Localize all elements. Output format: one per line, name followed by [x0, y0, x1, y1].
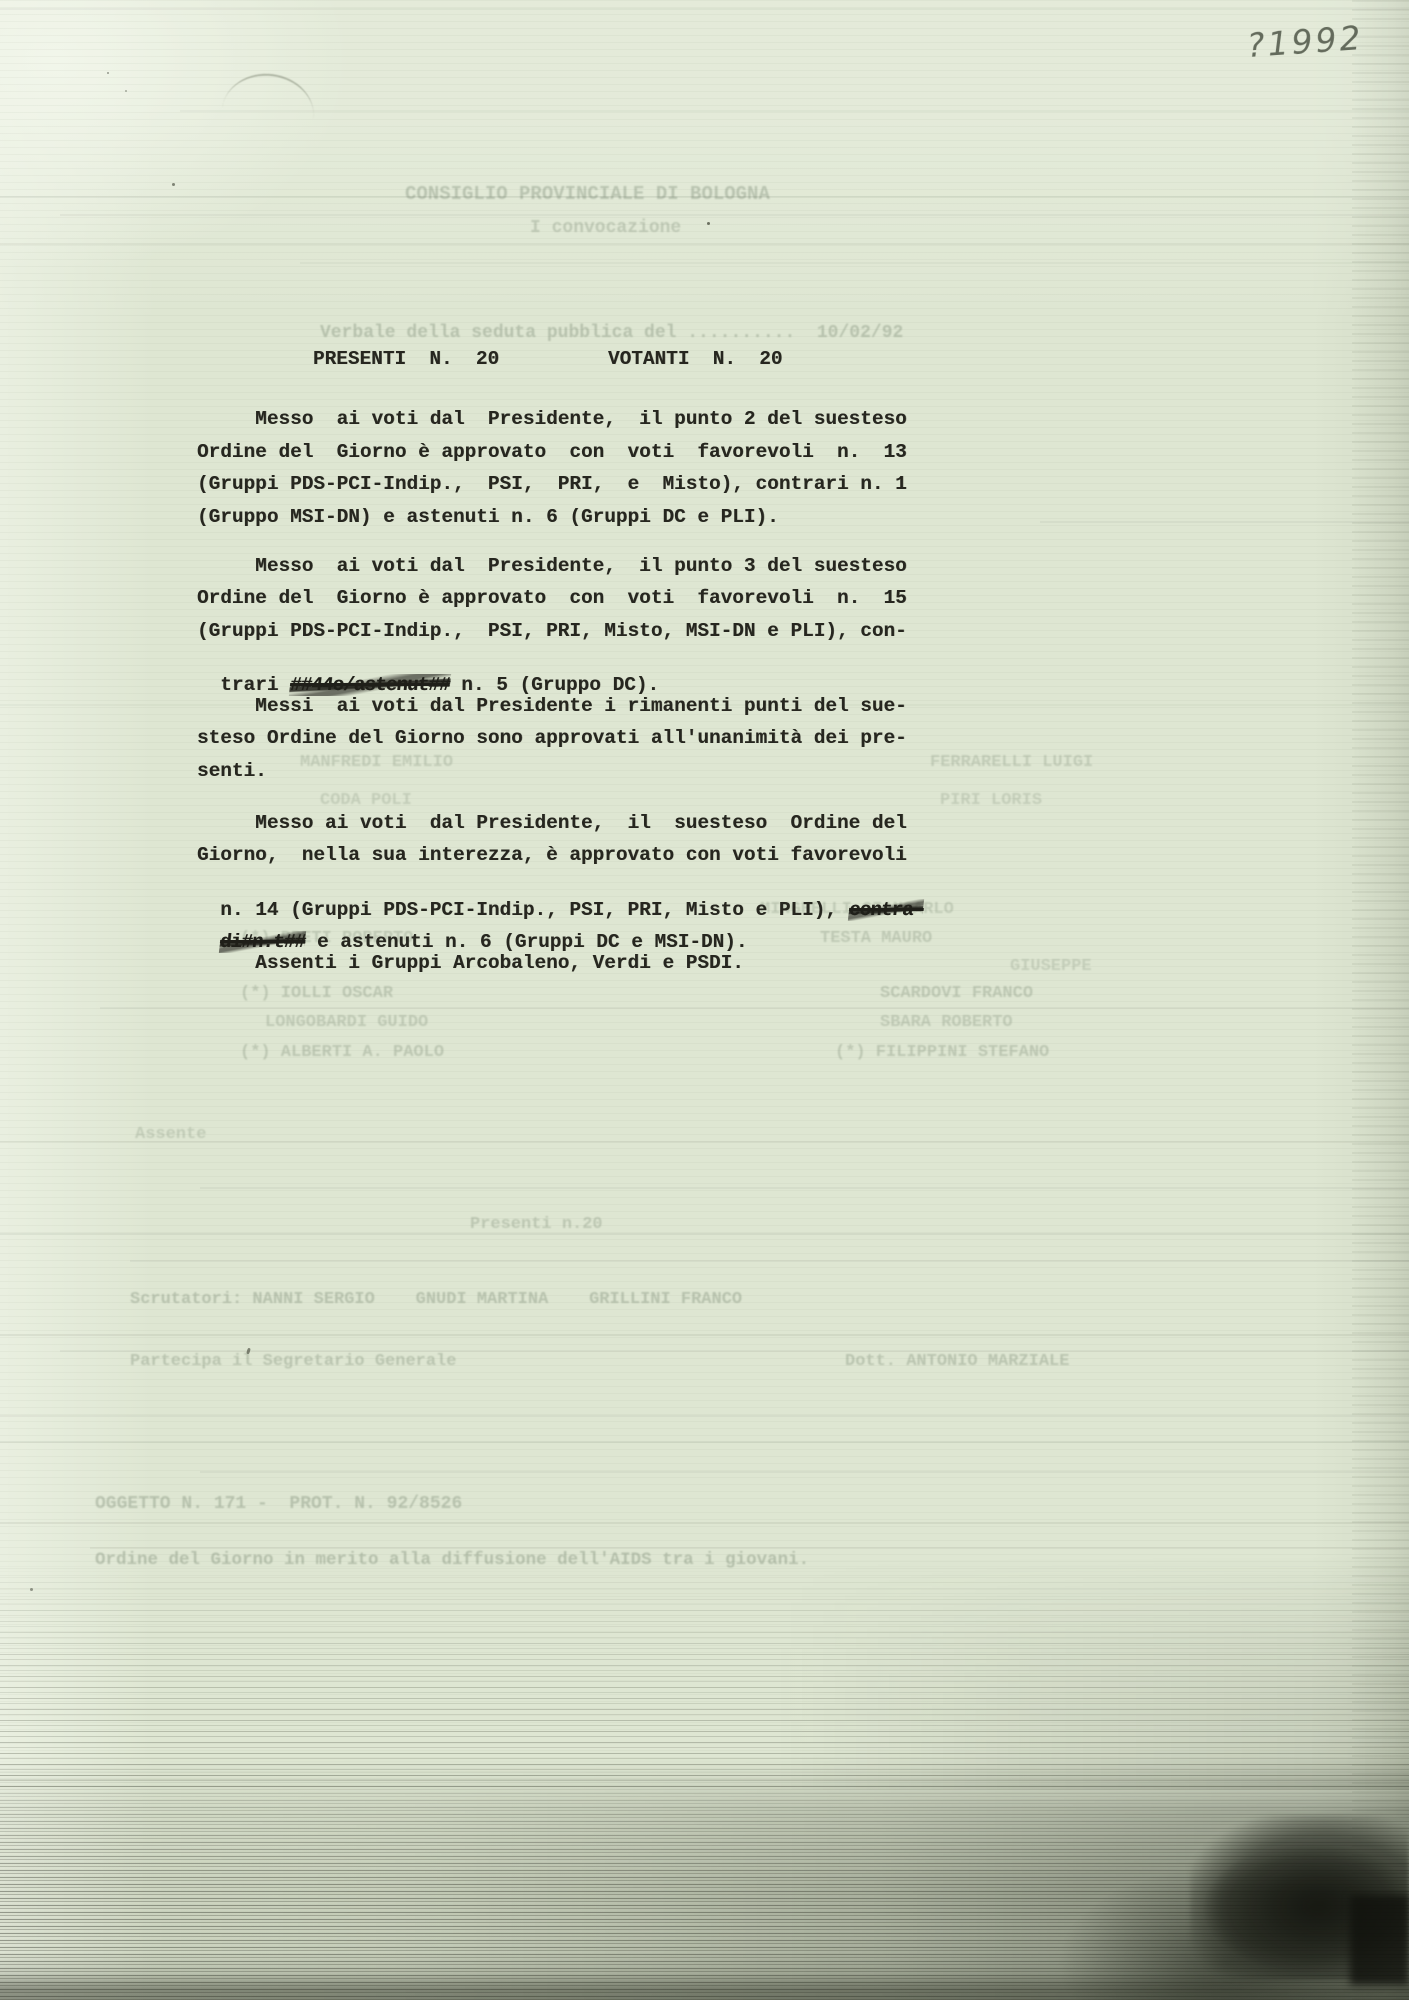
ink-speck [107, 72, 109, 74]
paragraph-line: Ordine del Giorno è approvato con voti f… [197, 587, 907, 609]
ghost-text-line: CODA POLI [320, 791, 412, 810]
paragraph-line: trari ##44o/astenut## n. 5 (Gruppo DC). [197, 652, 659, 696]
ghost-text-line: I convocazione [530, 218, 681, 238]
ghost-text-line: Partecipa il Segretario Generale [130, 1352, 456, 1371]
closing-line: Assenti i Gruppi Arcobaleno, Verdi e PSD… [197, 952, 744, 974]
ink-speck [707, 222, 710, 225]
presenti-count: PRESENTI N. 20 [313, 348, 499, 370]
paragraph-line: di#n.t## e astenuti n. 6 (Gruppi DC e MS… [197, 909, 748, 953]
scan-line [0, 243, 1409, 245]
ink-speck [125, 90, 127, 92]
paragraph-line: steso Ordine del Giorno sono approvati a… [197, 727, 907, 749]
scan-line [60, 1350, 1409, 1352]
paragraph-line: Ordine del Giorno è approvato con voti f… [197, 441, 907, 463]
noise-band-mid [0, 1555, 1409, 1790]
ghost-text-line: OGGETTO N. 171 - PROT. N. 92/8526 [95, 1494, 462, 1514]
ghost-text-line: SBARA ROBERTO [880, 1013, 1013, 1032]
ghost-text-line: (*) FILIPPINI STEFANO [835, 1043, 1049, 1062]
struck-text: ##44o/astenut## [289, 674, 451, 696]
scan-line [100, 1007, 1409, 1009]
ghost-text-line: FERRARELLI LUIGI [930, 753, 1093, 772]
ghost-text-line: SCARDOVI FRANCO [880, 984, 1033, 1003]
dark-smudge [1350, 1895, 1409, 1985]
ghost-text-line: (*) IOLLI OSCAR [240, 984, 393, 1003]
paragraph-line: senti. [197, 760, 267, 782]
struck-text: contra- [847, 899, 924, 921]
paragraph-line: Messo ai voti dal Presidente, il punto 2… [197, 408, 907, 430]
paragraph-text: e astenuti n. 6 (Gruppi DC e MSI-DN). [305, 931, 747, 953]
paragraph-line: Giorno, nella sua interezza, è approvato… [197, 844, 907, 866]
paragraph-text: trari [220, 674, 290, 696]
scan-line [0, 1415, 1409, 1417]
ghost-text-line: MANFREDI EMILIO [300, 753, 453, 772]
scan-line [60, 214, 1409, 216]
scan-line [90, 1547, 1409, 1549]
scan-line [180, 110, 1409, 112]
ghost-text-line: Scrutatori: NANNI SERGIO GNUDI MARTINA G… [130, 1290, 742, 1309]
scan-line [200, 1187, 1409, 1189]
scan-line [200, 1471, 1409, 1473]
ink-speck [172, 183, 175, 186]
scan-line [0, 8, 1409, 10]
ghost-text-line: PIRI LORIS [940, 791, 1042, 810]
paragraph-line: Messo ai voti dal Presidente, il suestes… [197, 812, 907, 834]
ghost-text-line: Verbale della seduta pubblica del ......… [320, 323, 903, 343]
ghost-text-line: Dott. ANTONIO MARZIALE [845, 1352, 1069, 1371]
ghost-text-line: LONGOBARDI GUIDO [265, 1013, 428, 1032]
scan-line [0, 1141, 1409, 1143]
crease-mark [222, 69, 319, 124]
struck-text: di#n.t## [219, 931, 306, 953]
votanti-count: VOTANTI N. 20 [608, 348, 783, 370]
ghost-text-line: TESTA MAURO [820, 929, 932, 948]
scanned-document: { "annotations": { "handwritten_year": "… [0, 0, 1409, 2000]
paragraph-line: Messi ai voti dal Presidente i rimanenti… [197, 695, 907, 717]
ghost-text-line: Presenti n.20 [470, 1215, 603, 1234]
scan-line [0, 1522, 1409, 1524]
scan-line [300, 262, 1409, 264]
scan-line [0, 196, 1409, 198]
scan-line [130, 1260, 1409, 1262]
paragraph-line: (Gruppo MSI-DN) e astenuti n. 6 (Gruppi … [197, 506, 779, 528]
ghost-text-line: GIUSEPPE [1010, 957, 1092, 976]
handwritten-year-note: ?1992 [1246, 18, 1365, 65]
scan-line [0, 1441, 1409, 1443]
paragraph-line: (Gruppi PDS-PCI-Indip., PSI, PRI, e Mist… [197, 473, 907, 495]
scan-line [1040, 521, 1409, 523]
ghost-text-line: (*) ALBERTI A. PAOLO [240, 1043, 444, 1062]
paragraph-line: Messo ai voti dal Presidente, il punto 3… [197, 555, 907, 577]
scan-line [0, 1334, 1409, 1336]
paragraph-line: (Gruppi PDS-PCI-Indip., PSI, PRI, Misto,… [197, 620, 907, 642]
scan-line [0, 1233, 1409, 1235]
paragraph-text: n. 5 (Gruppo DC). [450, 674, 659, 696]
ghost-text-line: CONSIGLIO PROVINCIALE DI BOLOGNA [405, 183, 770, 205]
